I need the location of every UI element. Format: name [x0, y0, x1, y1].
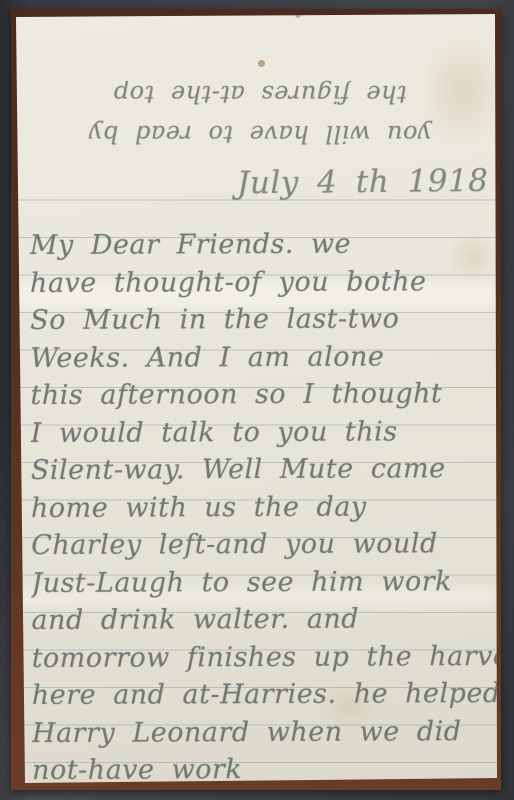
letter-page: you will have to read bythe figures at-t… [15, 14, 497, 783]
handwritten-line: here and at-Harries. he helped [32, 675, 498, 715]
handwritten-line: Silent-way. Well Mute came [31, 450, 497, 490]
handwritten-line: Harry Leonard when we did [32, 712, 498, 752]
paper-speck [258, 60, 265, 67]
letter-photograph: you will have to read bythe figures at-t… [0, 0, 514, 800]
handwritten-line: and drink walter. and [31, 600, 497, 640]
handwritten-line: I would talk to you this [31, 412, 497, 452]
upside-down-note: you will have to read bythe figures at-t… [43, 74, 477, 154]
handwritten-line: home with us the day [31, 487, 497, 527]
letter-date: July 4 th 1918 [237, 161, 505, 204]
handwritten-line: Weeks. And I am alone [30, 337, 496, 377]
handwritten-line: the figures at-the top [43, 74, 477, 114]
handwritten-line: tomorrow finishes up the harvest [32, 637, 498, 677]
letter-body: My Dear Friends. wehave thought-of you b… [30, 225, 498, 790]
handwritten-line: you will have to read by [43, 114, 477, 154]
handwritten-line: My Dear Friends. we [30, 225, 496, 265]
handwritten-line: have thought-of you bothe [30, 262, 496, 302]
handwritten-line: this afternoon so I thought [30, 375, 496, 415]
handwritten-line: Charley left-and you would [31, 525, 497, 565]
handwritten-line: Just-Laugh to see him work [31, 562, 497, 602]
handwritten-line: So Much in the last-two [30, 300, 496, 340]
